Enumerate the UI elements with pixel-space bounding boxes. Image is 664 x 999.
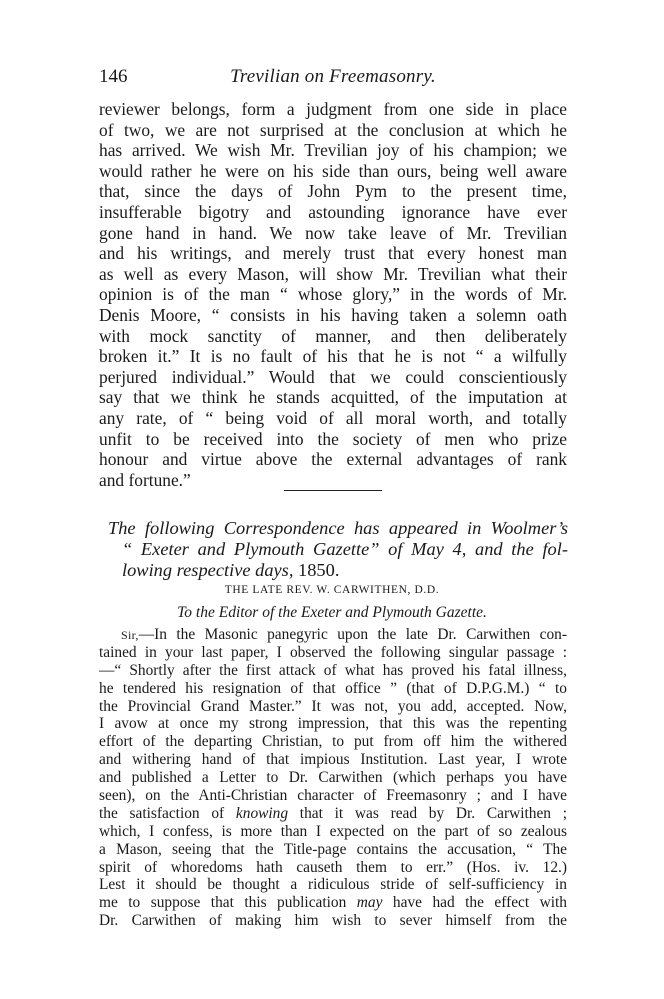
text-line: say that we think he stands acquitted, o… — [99, 387, 567, 408]
text-line: broken it.” It is no fault of his that h… — [99, 346, 567, 367]
text-line: and fortune.” — [99, 470, 567, 491]
letter-text: me to suppose that this publication — [99, 894, 357, 911]
letter-line: and withering hand of that impious Insti… — [99, 751, 567, 769]
letter-line: Sir,—In the Masonic panegyric upon the l… — [99, 626, 567, 644]
text-line: gone hand in hand. We now take leave of … — [99, 223, 567, 244]
text-line: would rather he were on his side than ou… — [99, 161, 567, 182]
review-conclusion-paragraph: reviewer belongs, form a judgment from o… — [99, 99, 567, 490]
text-line: honour and virtue above the external adv… — [99, 449, 567, 470]
letter-line: he tendered his resignation of that offi… — [99, 680, 567, 698]
running-title: Trevilian on Freemasonry. — [99, 66, 567, 88]
letter-line: and published a Letter to Dr. Carwithen … — [99, 769, 567, 787]
letter-line: a Mason, seeing that the Title-page cont… — [99, 841, 567, 859]
intro-line: “ Exeter and Plymouth Gazette” of May 4,… — [108, 539, 568, 560]
intro-text: lowing respective days, — [122, 560, 298, 580]
letter-line: the satisfaction of knowing that it was … — [99, 805, 567, 823]
text-line: that, since the days of John Pym to the … — [99, 181, 567, 202]
text-line: as well as every Mason, will show Mr. Tr… — [99, 264, 567, 285]
letter-heading: THE LATE REV. W. CARWITHEN, D.D. — [0, 584, 664, 596]
letter-text: the satisfaction of — [99, 805, 236, 822]
text-line: reviewer belongs, form a judgment from o… — [99, 99, 567, 120]
letter-text: —In the Masonic panegyric upon the late … — [139, 626, 567, 643]
letter-addressee: To the Editor of the Exeter and Plymouth… — [0, 604, 664, 622]
emphasis-knowing: knowing — [236, 805, 288, 822]
letter-line: the Provincial Grand Master.” It was not… — [99, 698, 567, 716]
intro-line: lowing respective days, 1850. — [108, 560, 568, 581]
letter-line: effort of the departing Christian, to pu… — [99, 733, 567, 751]
letter-line: I avow at once my strong impression, tha… — [99, 715, 567, 733]
text-line: perjured individual.” Would that we coul… — [99, 367, 567, 388]
text-line: insufferable bigotry and astounding igno… — [99, 202, 567, 223]
letter-text: have had the effect with — [382, 894, 567, 911]
section-divider — [284, 490, 382, 491]
text-line: with mock sanctity of manner, and then d… — [99, 326, 567, 347]
letter-line: spirit of whoredoms hath causeth them to… — [99, 859, 567, 877]
letter-body: Sir,—In the Masonic panegyric upon the l… — [99, 626, 567, 930]
text-line: and his writings, and merely trust that … — [99, 243, 567, 264]
correspondence-intro: The following Correspondence has appeare… — [108, 518, 568, 581]
intro-line: The following Correspondence has appeare… — [108, 518, 568, 539]
letter-line: Lest it should be thought a ridiculous s… — [99, 876, 567, 894]
document-page: 146 Trevilian on Freemasonry. reviewer b… — [0, 0, 664, 999]
text-line: opinion is of the man “ whose glory,” in… — [99, 284, 567, 305]
letter-line: me to suppose that this publication may … — [99, 894, 567, 912]
emphasis-may: may — [357, 894, 383, 911]
letter-line: which, I confess, is more than I expecte… — [99, 823, 567, 841]
text-line: unfit to be received into the society of… — [99, 429, 567, 450]
letter-line: seen), on the Anti-Christian character o… — [99, 787, 567, 805]
salutation: Sir, — [121, 628, 139, 642]
page-header: 146 Trevilian on Freemasonry. — [99, 66, 567, 90]
text-line: any rate, of “ being void of all moral w… — [99, 408, 567, 429]
letter-line: Dr. Carwithen of making him wish to seve… — [99, 912, 567, 930]
letter-line: —“ Shortly after the first attack of wha… — [99, 662, 567, 680]
letter-line: tained in your last paper, I observed th… — [99, 644, 567, 662]
text-line: Denis Moore, “ consists in his having ta… — [99, 305, 567, 326]
text-line: has arrived. We wish Mr. Trevilian joy o… — [99, 140, 567, 161]
text-line: of two, we are not surprised at the conc… — [99, 120, 567, 141]
intro-year: 1850. — [298, 560, 339, 580]
letter-text: that it was read by Dr. Carwithen ; — [288, 805, 567, 822]
